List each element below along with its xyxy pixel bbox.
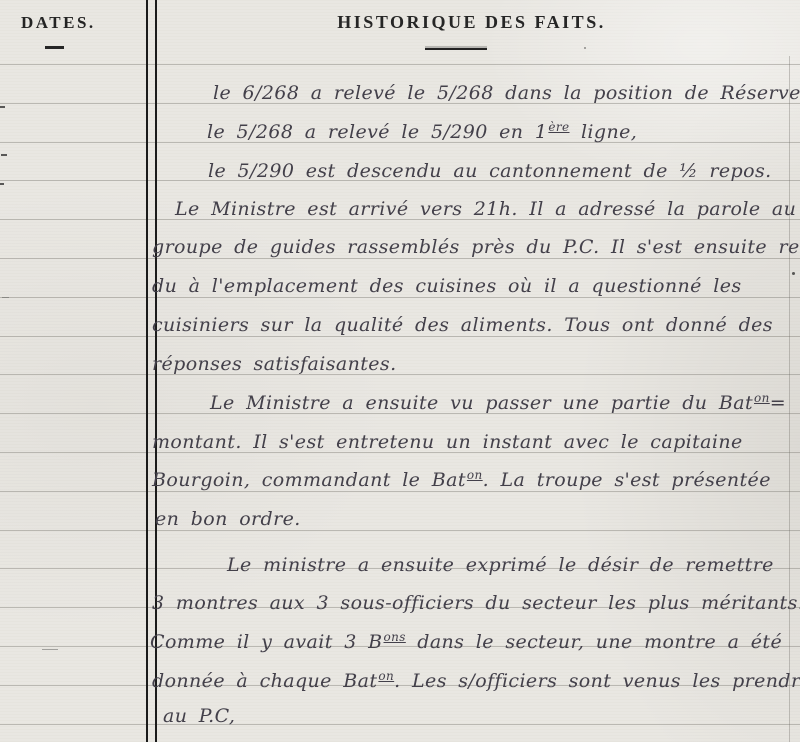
manuscript-text-segment: le 5/290 est descendu au cantonnement de… xyxy=(208,160,772,182)
superscript-abbreviation: on xyxy=(378,669,394,683)
superscript-abbreviation: ère xyxy=(548,120,569,134)
paper-speck xyxy=(1,154,7,156)
page-title: HISTORIQUE DES FAITS. xyxy=(153,12,790,33)
paper-speck xyxy=(584,47,586,49)
manuscript-text-segment: . La troupe s'est présentée xyxy=(483,469,771,491)
ruled-line xyxy=(0,374,800,375)
dates-column-header: DATES. xyxy=(21,13,96,33)
manuscript-text-segment: Bourgoin, commandant le Bat xyxy=(152,469,466,491)
manuscript-text-segment: cuisiniers sur la qualité des aliments. … xyxy=(152,314,773,336)
superscript-abbreviation: ons xyxy=(384,630,406,644)
manuscript-line: groupe de guides rassemblés près du P.C.… xyxy=(152,234,800,260)
paper-speck xyxy=(792,272,795,275)
manuscript-line: du à l'emplacement des cuisines où il a … xyxy=(152,273,742,299)
manuscript-text-segment: = xyxy=(770,392,786,414)
manuscript-text-segment: du à l'emplacement des cuisines où il a … xyxy=(152,275,742,297)
manuscript-text-segment: Le ministre a ensuite exprimé le désir d… xyxy=(227,554,774,576)
manuscript-line: donnée à chaque Baton. Les s/officiers s… xyxy=(152,668,800,696)
manuscript-line: cuisiniers sur la qualité des aliments. … xyxy=(152,312,773,338)
paper-speck xyxy=(2,297,9,298)
manuscript-line: en bon ordre. xyxy=(155,506,301,532)
manuscript-text-segment: groupe de guides rassemblés près du P.C.… xyxy=(152,236,800,258)
superscript-abbreviation: on xyxy=(467,468,483,482)
manuscript-text-segment: . Les s/officiers sont venus les prendre xyxy=(394,670,800,692)
manuscript-text-segment: dans le secteur, une montre a été xyxy=(406,631,782,653)
ruled-line xyxy=(0,64,800,65)
manuscript-text-segment: 3 montres aux 3 sous-officiers du secteu… xyxy=(152,592,800,614)
dates-underline xyxy=(45,46,64,49)
manuscript-line: Le Ministre a ensuite vu passer une part… xyxy=(210,390,786,418)
ruled-line xyxy=(0,530,800,531)
manuscript-text-segment: Le Ministre est arrivé vers 21h. Il a ad… xyxy=(175,198,796,220)
journal-page: DATES. HISTORIQUE DES FAITS. le 6/268 a … xyxy=(0,0,800,742)
paper-speck xyxy=(42,649,58,650)
ruled-line xyxy=(0,724,800,725)
manuscript-line: le 6/268 a relevé le 5/268 dans la posit… xyxy=(213,80,800,106)
manuscript-line: Comme il y avait 3 Bons dans le secteur,… xyxy=(150,629,782,657)
manuscript-line: Le ministre a ensuite exprimé le désir d… xyxy=(227,552,774,578)
paper-speck xyxy=(0,183,4,185)
paper-fold-line xyxy=(789,56,790,742)
manuscript-line: le 5/268 a relevé le 5/290 en 1ère ligne… xyxy=(207,119,637,147)
manuscript-line: Bourgoin, commandant le Baton. La troupe… xyxy=(152,467,771,495)
manuscript-line: au P.C, xyxy=(163,703,235,729)
manuscript-line: 3 montres aux 3 sous-officiers du secteu… xyxy=(152,590,800,616)
manuscript-text-segment: Le Ministre a ensuite vu passer une part… xyxy=(210,392,753,414)
paper-speck xyxy=(0,106,5,108)
manuscript-text-segment: au P.C, xyxy=(163,705,235,727)
manuscript-line: réponses satisfaisantes. xyxy=(152,351,397,377)
manuscript-text-segment: montant. Il s'est entretenu un instant a… xyxy=(152,431,743,453)
manuscript-text-segment: ligne, xyxy=(570,121,638,143)
manuscript-line: le 5/290 est descendu au cantonnement de… xyxy=(208,158,772,184)
manuscript-line: montant. Il s'est entretenu un instant a… xyxy=(152,429,743,455)
manuscript-text-segment: donnée à chaque Bat xyxy=(152,670,377,692)
manuscript-text-segment: le 5/268 a relevé le 5/290 en 1 xyxy=(207,121,547,143)
manuscript-text-segment: en bon ordre. xyxy=(155,508,301,530)
manuscript-text-segment: réponses satisfaisantes. xyxy=(152,353,397,375)
title-underline xyxy=(425,48,487,50)
manuscript-text-segment: le 6/268 a relevé le 5/268 dans la posit… xyxy=(213,82,800,104)
manuscript-text-segment: Comme il y avait 3 B xyxy=(150,631,383,653)
superscript-abbreviation: on xyxy=(754,391,770,405)
manuscript-line: Le Ministre est arrivé vers 21h. Il a ad… xyxy=(175,196,796,222)
